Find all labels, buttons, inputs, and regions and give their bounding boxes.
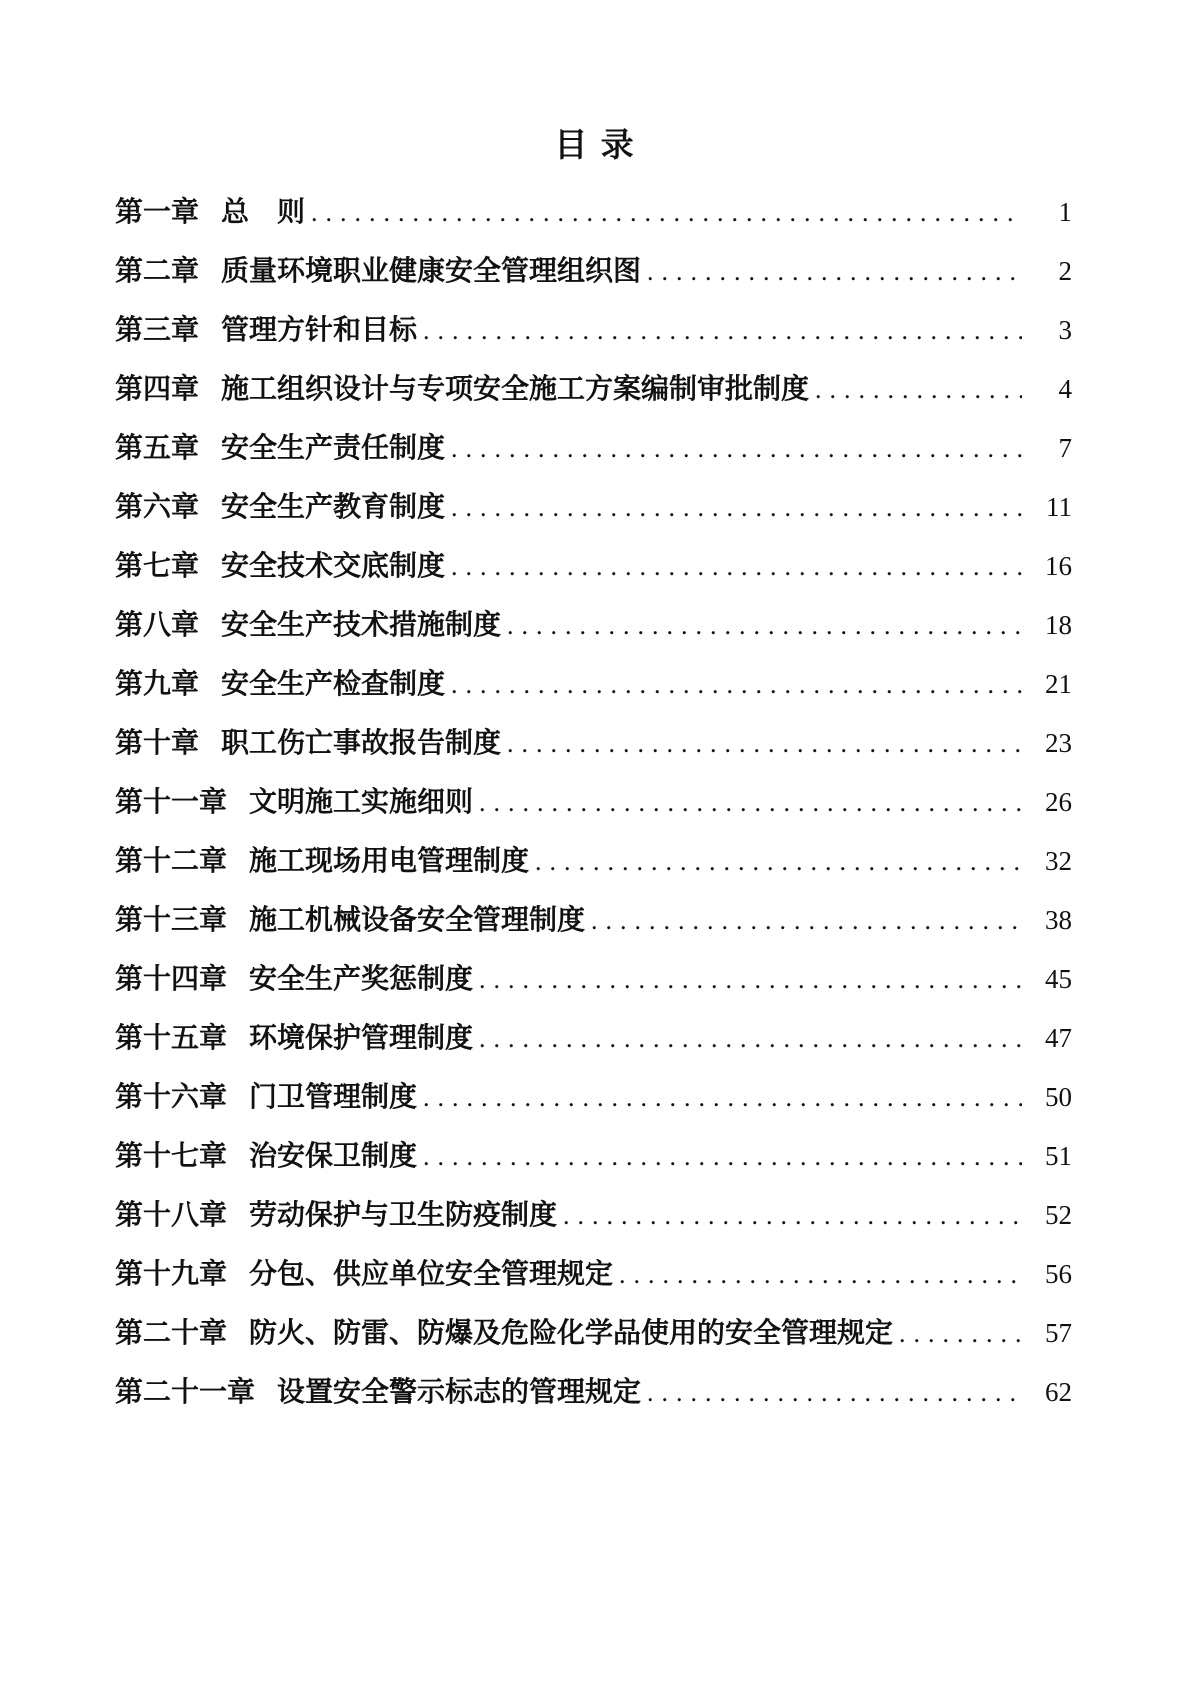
toc-entry-chapter: 第一章	[115, 198, 199, 226]
toc-entry-chapter: 第二十章	[115, 1319, 227, 1347]
toc-entry-chapter: 第七章	[115, 552, 199, 580]
toc-entry-title: 施工组织设计与专项安全施工方案编制审批制度	[221, 375, 809, 403]
toc-entry[interactable]: 第九章 安全生产检查制度 21	[115, 670, 1072, 698]
toc-entry-title: 职工伤亡事故报告制度	[221, 729, 501, 757]
dot-leader	[647, 1379, 1022, 1407]
toc-entry-title: 安全生产教育制度	[221, 493, 445, 521]
toc-entry-title: 环境保护管理制度	[249, 1024, 473, 1052]
toc-entry[interactable]: 第八章 安全生产技术措施制度 18	[115, 611, 1072, 639]
toc-entry-page-number: 7	[1026, 434, 1072, 462]
toc-entry-page-number: 26	[1026, 788, 1072, 816]
toc-entry-chapter: 第四章	[115, 375, 199, 403]
toc-entry-title: 治安保卫制度	[249, 1142, 417, 1170]
toc-entry[interactable]: 第二十一章 设置安全警示标志的管理规定 62	[115, 1378, 1072, 1406]
toc-entry-chapter: 第八章	[115, 611, 199, 639]
toc-entry-page-number: 50	[1026, 1083, 1072, 1111]
toc-entry-chapter: 第十八章	[115, 1201, 227, 1229]
dot-leader	[479, 1025, 1022, 1053]
toc-list: 第一章 总 则 1 第二章 质量环境职业健康安全管理组织图 2 第三章 管理方针…	[0, 198, 1190, 1406]
toc-entry-chapter: 第十九章	[115, 1260, 227, 1288]
toc-entry[interactable]: 第一章 总 则 1	[115, 198, 1072, 226]
toc-entry[interactable]: 第四章 施工组织设计与专项安全施工方案编制审批制度 4	[115, 375, 1072, 403]
toc-entry[interactable]: 第十五章 环境保护管理制度 47	[115, 1024, 1072, 1052]
dot-leader	[507, 612, 1022, 640]
toc-entry-title: 安全生产技术措施制度	[221, 611, 501, 639]
dot-leader	[591, 907, 1022, 935]
dot-leader	[647, 258, 1022, 286]
toc-entry-page-number: 38	[1026, 906, 1072, 934]
toc-entry-page-number: 57	[1026, 1319, 1072, 1347]
toc-entry-chapter: 第九章	[115, 670, 199, 698]
toc-entry-title: 管理方针和目标	[221, 316, 417, 344]
toc-entry-chapter: 第六章	[115, 493, 199, 521]
toc-entry-page-number: 32	[1026, 847, 1072, 875]
dot-leader	[423, 1084, 1022, 1112]
toc-entry-page-number: 23	[1026, 729, 1072, 757]
toc-entry-title: 设置安全警示标志的管理规定	[277, 1378, 641, 1406]
document-page: 目 录 第一章 总 则 1 第二章 质量环境职业健康安全管理组织图 2 第三章 …	[0, 0, 1190, 1683]
toc-entry-chapter: 第二十一章	[115, 1378, 255, 1406]
toc-entry[interactable]: 第三章 管理方针和目标 3	[115, 316, 1072, 344]
toc-entry-title: 文明施工实施细则	[249, 788, 473, 816]
toc-entry-title: 安全技术交底制度	[221, 552, 445, 580]
toc-entry[interactable]: 第十七章 治安保卫制度 51	[115, 1142, 1072, 1170]
dot-leader	[451, 671, 1022, 699]
dot-leader	[423, 317, 1022, 345]
toc-entry-page-number: 11	[1026, 493, 1072, 521]
toc-entry-page-number: 45	[1026, 965, 1072, 993]
dot-leader	[815, 376, 1022, 404]
toc-entry-page-number: 1	[1026, 198, 1072, 226]
dot-leader	[507, 730, 1022, 758]
toc-entry-chapter: 第五章	[115, 434, 199, 462]
toc-entry[interactable]: 第十八章 劳动保护与卫生防疫制度 52	[115, 1201, 1072, 1229]
toc-entry-page-number: 51	[1026, 1142, 1072, 1170]
toc-entry-title: 安全生产奖惩制度	[249, 965, 473, 993]
toc-entry[interactable]: 第六章 安全生产教育制度 11	[115, 493, 1072, 521]
dot-leader	[619, 1261, 1022, 1289]
toc-entry-page-number: 3	[1026, 316, 1072, 344]
toc-entry-chapter: 第十一章	[115, 788, 227, 816]
toc-entry-chapter: 第十章	[115, 729, 199, 757]
toc-entry-page-number: 52	[1026, 1201, 1072, 1229]
toc-entry[interactable]: 第十三章 施工机械设备安全管理制度 38	[115, 906, 1072, 934]
toc-entry-chapter: 第十六章	[115, 1083, 227, 1111]
toc-entry-page-number: 16	[1026, 552, 1072, 580]
toc-entry-page-number: 47	[1026, 1024, 1072, 1052]
dot-leader	[899, 1320, 1022, 1348]
dot-leader	[535, 848, 1022, 876]
toc-entry[interactable]: 第十九章 分包、供应单位安全管理规定 56	[115, 1260, 1072, 1288]
dot-leader	[563, 1202, 1022, 1230]
toc-entry-chapter: 第十四章	[115, 965, 227, 993]
toc-entry[interactable]: 第十章 职工伤亡事故报告制度 23	[115, 729, 1072, 757]
toc-entry-chapter: 第三章	[115, 316, 199, 344]
toc-entry-title: 防火、防雷、防爆及危险化学品使用的安全管理规定	[249, 1319, 893, 1347]
toc-entry[interactable]: 第十二章 施工现场用电管理制度 32	[115, 847, 1072, 875]
toc-entry-title: 安全生产责任制度	[221, 434, 445, 462]
toc-entry-title: 施工机械设备安全管理制度	[249, 906, 585, 934]
toc-entry[interactable]: 第二章 质量环境职业健康安全管理组织图 2	[115, 257, 1072, 285]
toc-entry-page-number: 2	[1026, 257, 1072, 285]
toc-entry-chapter: 第十五章	[115, 1024, 227, 1052]
dot-leader	[451, 553, 1022, 581]
toc-entry[interactable]: 第十一章 文明施工实施细则 26	[115, 788, 1072, 816]
toc-entry[interactable]: 第十四章 安全生产奖惩制度 45	[115, 965, 1072, 993]
toc-entry-page-number: 56	[1026, 1260, 1072, 1288]
toc-entry-title: 安全生产检查制度	[221, 670, 445, 698]
toc-entry[interactable]: 第五章 安全生产责任制度 7	[115, 434, 1072, 462]
toc-entry-chapter: 第十三章	[115, 906, 227, 934]
dot-leader	[479, 789, 1022, 817]
toc-entry-title: 劳动保护与卫生防疫制度	[249, 1201, 557, 1229]
toc-entry-title: 总 则	[221, 198, 305, 226]
dot-leader	[451, 435, 1022, 463]
page-title: 目 录	[0, 0, 1190, 161]
toc-entry-title: 施工现场用电管理制度	[249, 847, 529, 875]
toc-entry-chapter: 第十七章	[115, 1142, 227, 1170]
toc-entry[interactable]: 第二十章 防火、防雷、防爆及危险化学品使用的安全管理规定 57	[115, 1319, 1072, 1347]
toc-entry-page-number: 62	[1026, 1378, 1072, 1406]
dot-leader	[451, 494, 1022, 522]
toc-entry[interactable]: 第七章 安全技术交底制度 16	[115, 552, 1072, 580]
toc-entry-page-number: 18	[1026, 611, 1072, 639]
toc-entry-title: 质量环境职业健康安全管理组织图	[221, 257, 641, 285]
toc-entry-chapter: 第二章	[115, 257, 199, 285]
toc-entry-title: 门卫管理制度	[249, 1083, 417, 1111]
dot-leader	[423, 1143, 1022, 1171]
dot-leader	[479, 966, 1022, 994]
toc-entry-title: 分包、供应单位安全管理规定	[249, 1260, 613, 1288]
toc-entry-page-number: 4	[1026, 375, 1072, 403]
dot-leader	[311, 199, 1022, 227]
toc-entry-page-number: 21	[1026, 670, 1072, 698]
toc-entry[interactable]: 第十六章 门卫管理制度 50	[115, 1083, 1072, 1111]
toc-entry-chapter: 第十二章	[115, 847, 227, 875]
